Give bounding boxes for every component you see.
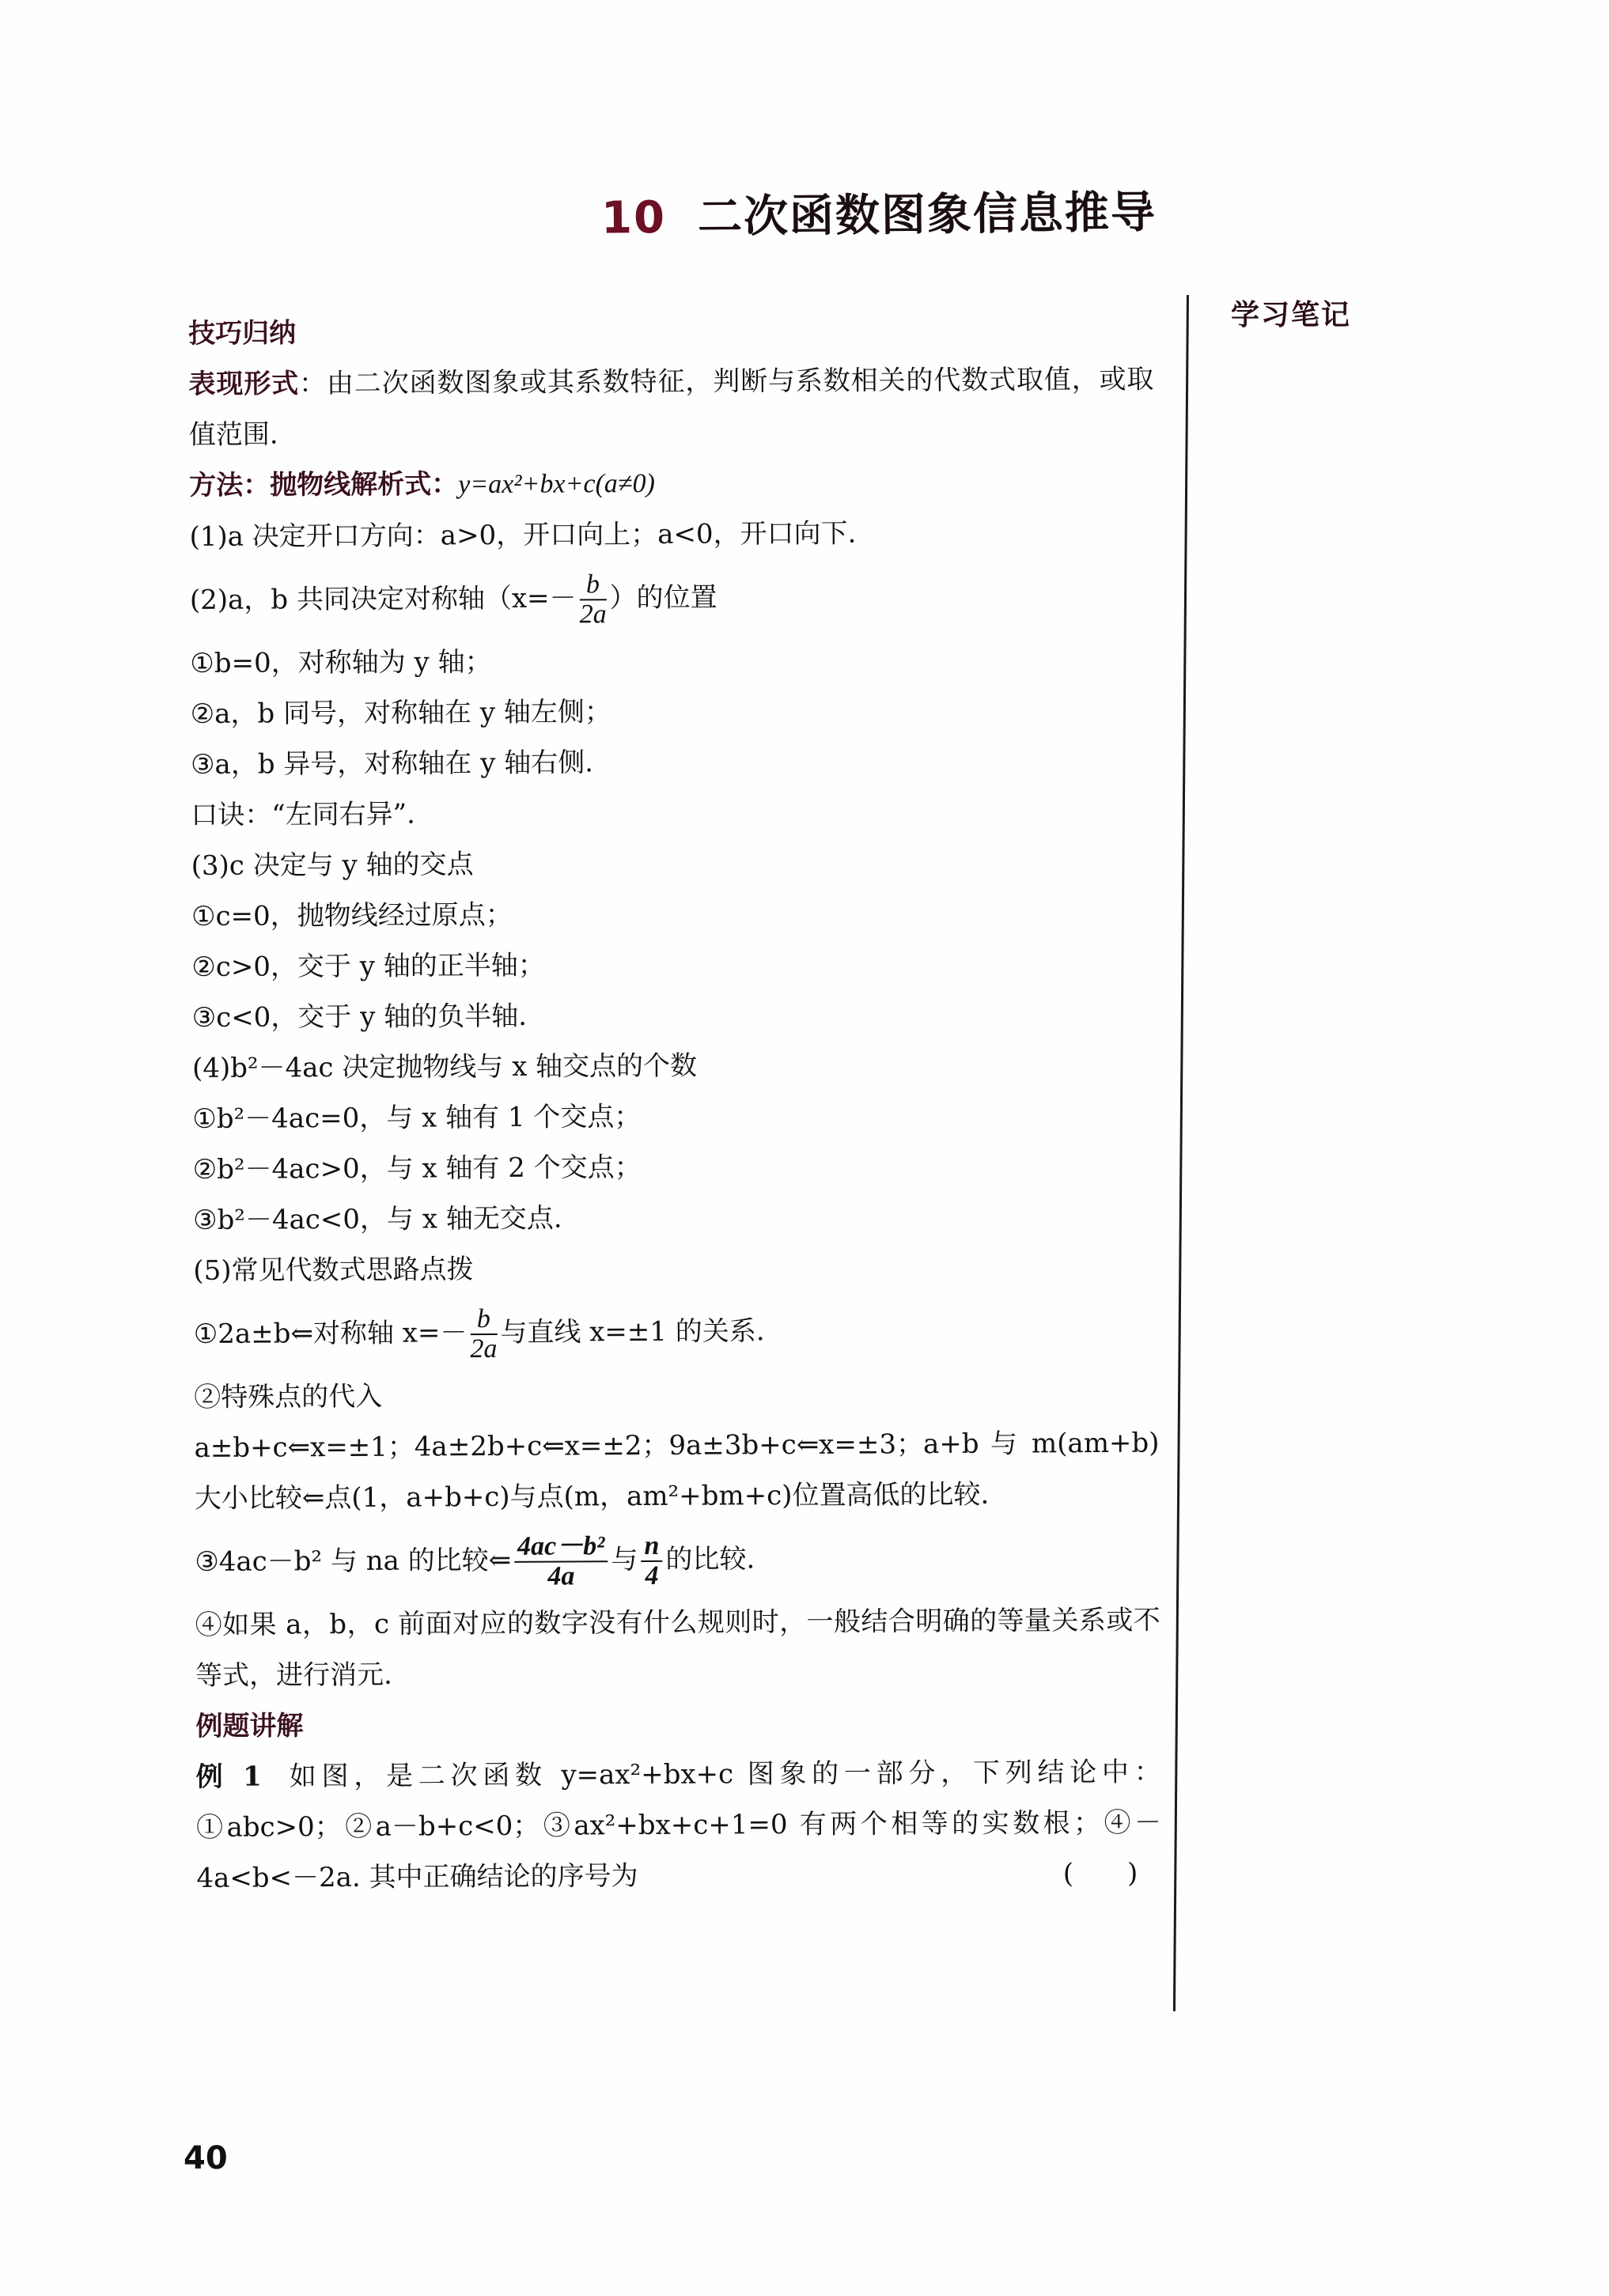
item-2-prefix: (2)a，b 共同决定对称轴（x=－ [190, 582, 577, 616]
item-3-sub-2: ②c>0，交于 y 轴的正半轴； [191, 937, 1157, 993]
item-2: (2)a，b 共同决定对称轴（x=－b2a）的位置 [190, 558, 1155, 638]
method-label: 方法：抛物线解析式： [189, 468, 458, 501]
item-5-1-suffix: 与直线 x=±1 的关系. [500, 1315, 764, 1348]
fraction-denominator: 4 [642, 1562, 663, 1591]
notes-column-divider [1173, 295, 1189, 2011]
item-2-sub-2: ②a，b 同号，对称轴在 y 轴左侧； [191, 684, 1156, 739]
example-1: 例 1 如图，是二次函数 y=ax²+bx+c 图象的一部分，下列结论中：①ab… [196, 1747, 1162, 1904]
item-4-sub-2: ②b²－4ac>0，与 x 轴有 2 个交点； [193, 1140, 1158, 1195]
item-4: (4)b²－4ac 决定抛物线与 x 轴交点的个数 [192, 1038, 1157, 1094]
item-5-1: ①2a±b⇐对称轴 x=－b2a与直线 x=±1 的关系. [194, 1292, 1159, 1372]
item-5: (5)常见代数式思路点拨 [193, 1241, 1158, 1296]
form-paragraph: 表现形式：由二次函数图象或其系数特征，判断与系数相关的代数式取值，或取值范围. [188, 354, 1154, 460]
chapter-title: 二次函数图象信息推导 [698, 187, 1157, 243]
study-notes-label: 学习笔记 [1231, 293, 1351, 333]
chapter-number: 10 [601, 192, 667, 244]
item-5-3-suffix: 的比较. [665, 1543, 755, 1575]
item-5-1-prefix: ①2a±b⇐对称轴 x=－ [194, 1317, 468, 1350]
fraction-b-over-2a: b2a [470, 1305, 497, 1364]
item-3-sub-3: ③c<0，交于 y 轴的负半轴. [192, 988, 1157, 1043]
item-5-4: ④如果 a，b，c 前面对应的数字没有什么规则时，一般结合明确的等量关系或不等式… [195, 1595, 1161, 1701]
item-2-suffix: ）的位置 [609, 582, 717, 615]
item-3-sub-1: ①c=0，抛物线经过原点； [191, 887, 1157, 942]
item-5-2-text: a±b+c⇐x=±1；4a±2b+c⇐x=±2；9a±3b+c⇐x=±3；a+b… [194, 1418, 1160, 1524]
item-4-sub-3: ③b²－4ac<0，与 x 轴无交点. [193, 1190, 1158, 1246]
item-5-3-prefix: ③4ac－b² 与 na 的比较⇐ [195, 1545, 511, 1578]
fraction-numerator: 4ac－b² [514, 1532, 608, 1563]
fraction-b-over-2a: b2a [579, 570, 606, 629]
example-1-text: 如图，是二次函数 y=ax²+bx+c 图象的一部分，下列结论中：①abc>0；… [196, 1757, 1161, 1894]
item-5-2-heading: ②特殊点的代入 [194, 1367, 1159, 1423]
item-2-sub-1: ①b=0，对称轴为 y 轴； [190, 634, 1155, 689]
item-5-3-connector: 与 [611, 1544, 638, 1575]
main-content: 技巧归纳 表现形式：由二次函数图象或其系数特征，判断与系数相关的代数式取值，或取… [188, 304, 1162, 1904]
fraction-numerator: b [470, 1305, 497, 1335]
example-1-label: 例 1 [196, 1761, 262, 1793]
item-3: (3)c 决定与 y 轴的交点 [191, 836, 1157, 891]
fraction-denominator: 2a [580, 600, 607, 629]
fraction-numerator: b [579, 570, 606, 600]
method-formula: y=ax²+bx+c(a≠0) [458, 469, 655, 499]
form-label: 表现形式 [188, 368, 299, 400]
section-heading-skills: 技巧归纳 [188, 304, 1153, 359]
method-line: 方法：抛物线解析式：y=ax²+bx+c(a≠0) [189, 456, 1154, 512]
form-text: ：由二次函数图象或其系数特征，判断与系数相关的代数式取值，或取值范围. [189, 364, 1154, 451]
page-title: 10二次函数图象信息推导 [601, 177, 1157, 246]
item-5-3: ③4ac－b² 与 na 的比较⇐4ac－b²4a与n4的比较. [195, 1519, 1160, 1600]
fraction-numerator: n [641, 1532, 662, 1562]
item-1: (1)a 决定开口方向：a>0，开口向上；a<0，开口向下. [189, 507, 1154, 562]
item-4-sub-1: ①b²－4ac=0，与 x 轴有 1 个交点； [192, 1089, 1157, 1144]
mnemonic: 口诀：“左同右异”. [191, 785, 1156, 841]
fraction-vertex-y: 4ac－b²4a [514, 1532, 608, 1591]
answer-blank[interactable]: ( ) [1063, 1848, 1138, 1899]
section-heading-examples: 例题讲解 [195, 1696, 1160, 1752]
fraction-denominator: 2a [470, 1335, 497, 1364]
fraction-denominator: 4a [514, 1562, 608, 1591]
fraction-n-over-4: n4 [641, 1532, 662, 1591]
item-2-sub-3: ③a，b 异号，对称轴在 y 轴右侧. [191, 735, 1156, 790]
page-number: 40 [184, 2140, 228, 2177]
